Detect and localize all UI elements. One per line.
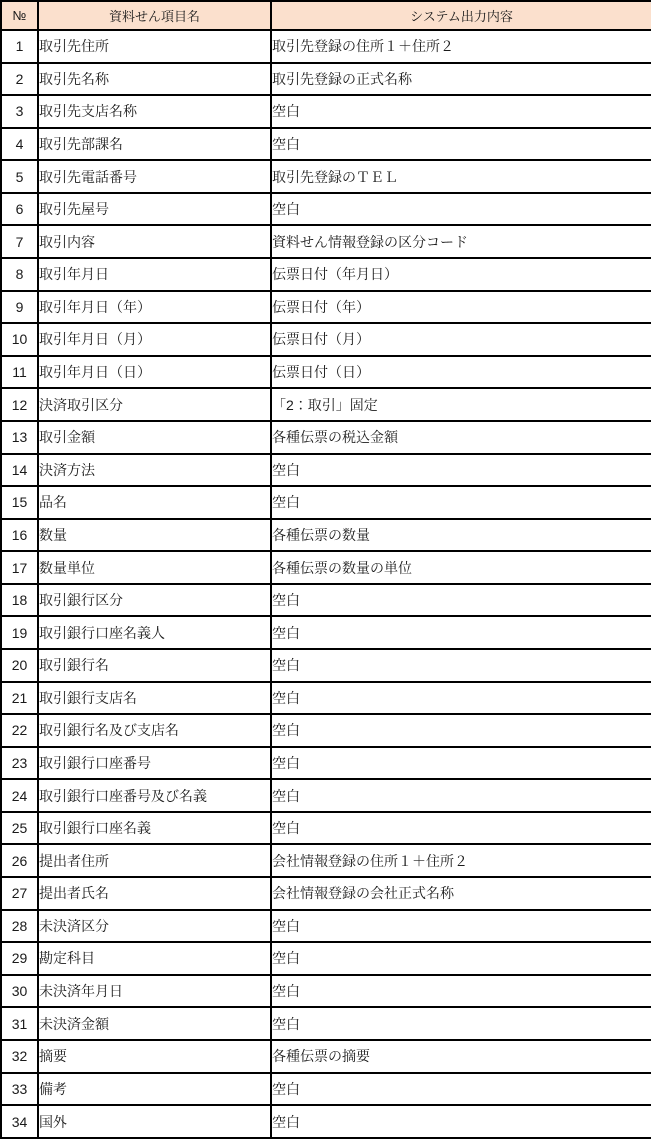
- system-output-cell: 伝票日付（月）: [271, 323, 651, 356]
- item-name-cell: 取引銀行口座名義人: [38, 616, 271, 649]
- system-output-cell: 空白: [271, 616, 651, 649]
- row-number-cell: 26: [1, 844, 38, 877]
- table-row: 9取引年月日（年）伝票日付（年）: [1, 291, 651, 324]
- header-item: 資料せん項目名: [38, 1, 271, 30]
- row-number-cell: 31: [1, 1007, 38, 1040]
- table-row: 12決済取引区分「2：取引」固定: [1, 388, 651, 421]
- system-output-cell: 空白: [271, 682, 651, 715]
- item-name-cell: 取引先屋号: [38, 193, 271, 226]
- system-output-cell: 空白: [271, 714, 651, 747]
- item-name-cell: 取引金額: [38, 421, 271, 454]
- table-row: 33備考空白: [1, 1073, 651, 1106]
- item-name-cell: 取引先支店名称: [38, 95, 271, 128]
- header-output: システム出力内容: [271, 1, 651, 30]
- table-row: 3取引先支店名称空白: [1, 95, 651, 128]
- row-number-cell: 8: [1, 258, 38, 291]
- system-output-cell: 空白: [271, 975, 651, 1008]
- system-output-cell: 空白: [271, 95, 651, 128]
- system-output-cell: 「2：取引」固定: [271, 388, 651, 421]
- item-name-cell: 取引先部課名: [38, 128, 271, 161]
- item-name-cell: 提出者住所: [38, 844, 271, 877]
- table-row: 10取引年月日（月）伝票日付（月）: [1, 323, 651, 356]
- row-number-cell: 30: [1, 975, 38, 1008]
- table-row: 7取引内容資料せん情報登録の区分コード: [1, 225, 651, 258]
- system-output-cell: 各種伝票の数量の単位: [271, 551, 651, 584]
- item-name-cell: 取引年月日（年）: [38, 291, 271, 324]
- item-name-cell: 取引銀行区分: [38, 584, 271, 617]
- item-name-cell: 未決済区分: [38, 910, 271, 943]
- row-number-cell: 19: [1, 616, 38, 649]
- item-name-cell: 国外: [38, 1105, 271, 1138]
- system-output-cell: 資料せん情報登録の区分コード: [271, 225, 651, 258]
- item-name-cell: 取引年月日（日）: [38, 356, 271, 389]
- row-number-cell: 24: [1, 779, 38, 812]
- row-number-cell: 4: [1, 128, 38, 161]
- table-row: 13取引金額各種伝票の税込金額: [1, 421, 651, 454]
- row-number-cell: 16: [1, 519, 38, 552]
- table-row: 14決済方法空白: [1, 454, 651, 487]
- table-row: 8取引年月日伝票日付（年月日）: [1, 258, 651, 291]
- header-row: № 資料せん項目名 システム出力内容: [1, 1, 651, 30]
- system-output-cell: 取引先登録のＴＥＬ: [271, 160, 651, 193]
- table-row: 16数量各種伝票の数量: [1, 519, 651, 552]
- table-row: 27提出者氏名会社情報登録の会社正式名称: [1, 877, 651, 910]
- system-output-cell: 空白: [271, 747, 651, 780]
- table-body: 1取引先住所取引先登録の住所１＋住所２2取引先名称取引先登録の正式名称3取引先支…: [1, 30, 651, 1138]
- system-output-cell: 空白: [271, 193, 651, 226]
- table-row: 34国外空白: [1, 1105, 651, 1138]
- row-number-cell: 27: [1, 877, 38, 910]
- row-number-cell: 9: [1, 291, 38, 324]
- table-row: 5取引先電話番号取引先登録のＴＥＬ: [1, 160, 651, 193]
- row-number-cell: 6: [1, 193, 38, 226]
- row-number-cell: 14: [1, 454, 38, 487]
- row-number-cell: 7: [1, 225, 38, 258]
- system-output-cell: 空白: [271, 1007, 651, 1040]
- system-output-cell: 取引先登録の正式名称: [271, 63, 651, 96]
- item-name-cell: 取引年月日: [38, 258, 271, 291]
- system-output-cell: 空白: [271, 649, 651, 682]
- table-row: 19取引銀行口座名義人空白: [1, 616, 651, 649]
- item-name-cell: 取引銀行名: [38, 649, 271, 682]
- row-number-cell: 28: [1, 910, 38, 943]
- row-number-cell: 17: [1, 551, 38, 584]
- material-slip-mapping-table: № 資料せん項目名 システム出力内容 1取引先住所取引先登録の住所１＋住所２2取…: [0, 0, 651, 1139]
- table-row: 22取引銀行名及び支店名空白: [1, 714, 651, 747]
- item-name-cell: 取引銀行名及び支店名: [38, 714, 271, 747]
- system-output-cell: 空白: [271, 1073, 651, 1106]
- item-name-cell: 取引先電話番号: [38, 160, 271, 193]
- system-output-cell: 各種伝票の数量: [271, 519, 651, 552]
- item-name-cell: 取引銀行口座番号及び名義: [38, 779, 271, 812]
- header-no: №: [1, 1, 38, 30]
- row-number-cell: 15: [1, 486, 38, 519]
- item-name-cell: 決済方法: [38, 454, 271, 487]
- system-output-cell: 各種伝票の税込金額: [271, 421, 651, 454]
- item-name-cell: 未決済金額: [38, 1007, 271, 1040]
- system-output-cell: 会社情報登録の住所１＋住所２: [271, 844, 651, 877]
- row-number-cell: 1: [1, 30, 38, 63]
- table-row: 15品名空白: [1, 486, 651, 519]
- item-name-cell: 取引銀行口座番号: [38, 747, 271, 780]
- item-name-cell: 備考: [38, 1073, 271, 1106]
- table-row: 24取引銀行口座番号及び名義空白: [1, 779, 651, 812]
- system-output-cell: 空白: [271, 942, 651, 975]
- table-row: 4取引先部課名空白: [1, 128, 651, 161]
- item-name-cell: 決済取引区分: [38, 388, 271, 421]
- row-number-cell: 21: [1, 682, 38, 715]
- item-name-cell: 取引内容: [38, 225, 271, 258]
- system-output-cell: 各種伝票の摘要: [271, 1040, 651, 1073]
- table-row: 20取引銀行名空白: [1, 649, 651, 682]
- system-output-cell: 空白: [271, 812, 651, 845]
- system-output-cell: 空白: [271, 486, 651, 519]
- item-name-cell: 未決済年月日: [38, 975, 271, 1008]
- row-number-cell: 34: [1, 1105, 38, 1138]
- item-name-cell: 提出者氏名: [38, 877, 271, 910]
- item-name-cell: 品名: [38, 486, 271, 519]
- table-row: 29勘定科目空白: [1, 942, 651, 975]
- system-output-cell: 伝票日付（年月日）: [271, 258, 651, 291]
- system-output-cell: 空白: [271, 1105, 651, 1138]
- table-row: 31未決済金額空白: [1, 1007, 651, 1040]
- table-row: 11取引年月日（日）伝票日付（日）: [1, 356, 651, 389]
- table-row: 1取引先住所取引先登録の住所１＋住所２: [1, 30, 651, 63]
- item-name-cell: 取引先名称: [38, 63, 271, 96]
- table-row: 30未決済年月日空白: [1, 975, 651, 1008]
- system-output-cell: 伝票日付（日）: [271, 356, 651, 389]
- item-name-cell: 取引先住所: [38, 30, 271, 63]
- table-row: 25取引銀行口座名義空白: [1, 812, 651, 845]
- row-number-cell: 33: [1, 1073, 38, 1106]
- table-row: 26提出者住所会社情報登録の住所１＋住所２: [1, 844, 651, 877]
- table-row: 28未決済区分空白: [1, 910, 651, 943]
- system-output-cell: 空白: [271, 779, 651, 812]
- row-number-cell: 18: [1, 584, 38, 617]
- row-number-cell: 23: [1, 747, 38, 780]
- item-name-cell: 数量単位: [38, 551, 271, 584]
- row-number-cell: 3: [1, 95, 38, 128]
- row-number-cell: 32: [1, 1040, 38, 1073]
- row-number-cell: 12: [1, 388, 38, 421]
- row-number-cell: 25: [1, 812, 38, 845]
- table-row: 21取引銀行支店名空白: [1, 682, 651, 715]
- material-slip-mapping-table-wrap: № 資料せん項目名 システム出力内容 1取引先住所取引先登録の住所１＋住所２2取…: [0, 0, 651, 1139]
- item-name-cell: 摘要: [38, 1040, 271, 1073]
- system-output-cell: 伝票日付（年）: [271, 291, 651, 324]
- table-row: 2取引先名称取引先登録の正式名称: [1, 63, 651, 96]
- system-output-cell: 取引先登録の住所１＋住所２: [271, 30, 651, 63]
- table-row: 17数量単位各種伝票の数量の単位: [1, 551, 651, 584]
- table-row: 18取引銀行区分空白: [1, 584, 651, 617]
- row-number-cell: 29: [1, 942, 38, 975]
- table-row: 6取引先屋号空白: [1, 193, 651, 226]
- row-number-cell: 11: [1, 356, 38, 389]
- row-number-cell: 10: [1, 323, 38, 356]
- system-output-cell: 空白: [271, 454, 651, 487]
- system-output-cell: 空白: [271, 584, 651, 617]
- item-name-cell: 勘定科目: [38, 942, 271, 975]
- table-row: 23取引銀行口座番号空白: [1, 747, 651, 780]
- row-number-cell: 2: [1, 63, 38, 96]
- system-output-cell: 会社情報登録の会社正式名称: [271, 877, 651, 910]
- system-output-cell: 空白: [271, 128, 651, 161]
- row-number-cell: 22: [1, 714, 38, 747]
- item-name-cell: 数量: [38, 519, 271, 552]
- table-header: № 資料せん項目名 システム出力内容: [1, 1, 651, 30]
- item-name-cell: 取引銀行口座名義: [38, 812, 271, 845]
- item-name-cell: 取引銀行支店名: [38, 682, 271, 715]
- table-row: 32摘要各種伝票の摘要: [1, 1040, 651, 1073]
- item-name-cell: 取引年月日（月）: [38, 323, 271, 356]
- row-number-cell: 5: [1, 160, 38, 193]
- row-number-cell: 13: [1, 421, 38, 454]
- system-output-cell: 空白: [271, 910, 651, 943]
- row-number-cell: 20: [1, 649, 38, 682]
